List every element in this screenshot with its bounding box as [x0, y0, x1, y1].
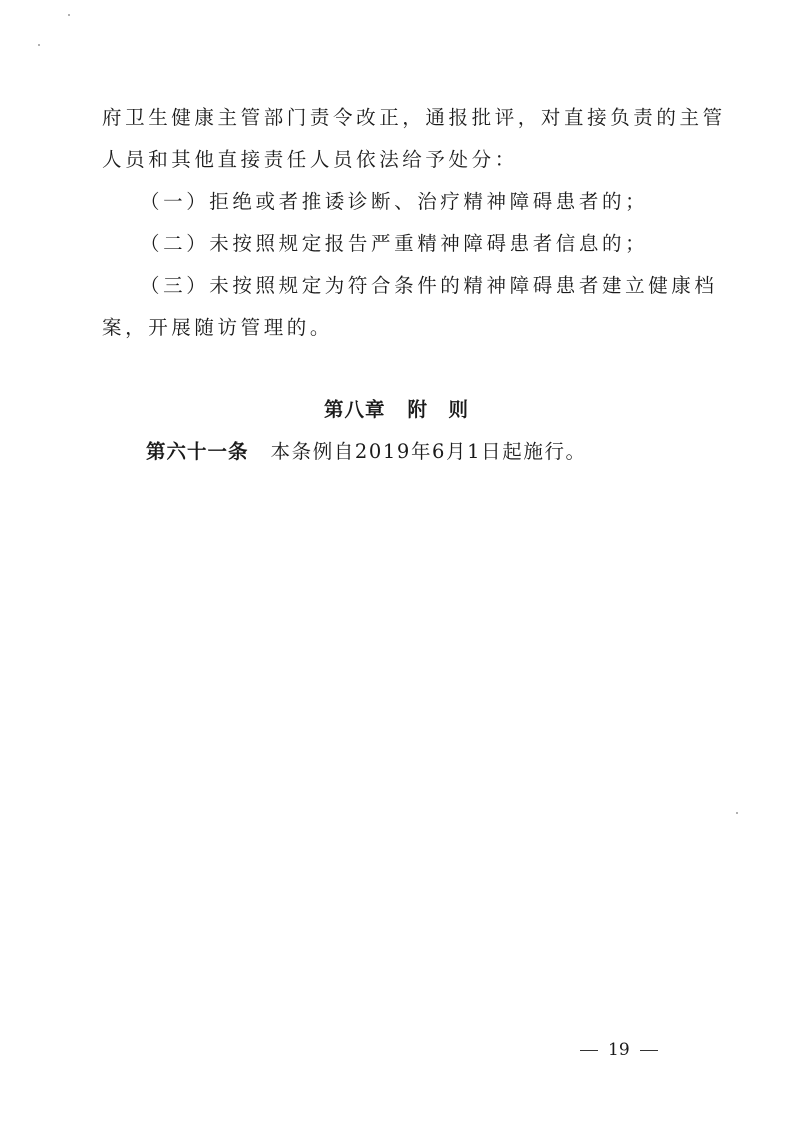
dash-right	[640, 1050, 658, 1051]
scan-speck	[68, 14, 70, 16]
dash-left	[580, 1050, 598, 1051]
body-line-1: 府卫生健康主管部门责令改正，通报批评，对直接负责的主管	[102, 104, 726, 132]
scan-speck	[38, 44, 40, 46]
article-61: 第六十一条本条例自2019年6月1日起施行。	[146, 438, 587, 466]
list-item-3: （三）未按照规定为符合条件的精神障碍患者建立健康档	[140, 272, 718, 300]
chapter-heading: 第八章附 则	[0, 396, 793, 424]
chapter-title: 附 则	[408, 398, 470, 421]
list-item-2: （二）未按照规定报告严重精神障碍患者信息的；	[140, 230, 648, 258]
page-number-value: 19	[608, 1040, 630, 1060]
scan-speck	[736, 812, 738, 814]
body-line-2: 人员和其他直接责任人员依法给予处分：	[102, 146, 518, 174]
article-label: 第六十一条	[146, 440, 249, 463]
article-text: 本条例自2019年6月1日起施行。	[271, 440, 587, 463]
page-number: 19	[570, 1038, 668, 1062]
chapter-number: 第八章	[324, 398, 386, 421]
list-item-1: （一）拒绝或者推诿诊断、治疗精神障碍患者的；	[140, 188, 648, 216]
list-item-3-continued: 案，开展随访管理的。	[102, 314, 333, 342]
document-page: 府卫生健康主管部门责令改正，通报批评，对直接负责的主管 人员和其他直接责任人员依…	[0, 0, 793, 1122]
